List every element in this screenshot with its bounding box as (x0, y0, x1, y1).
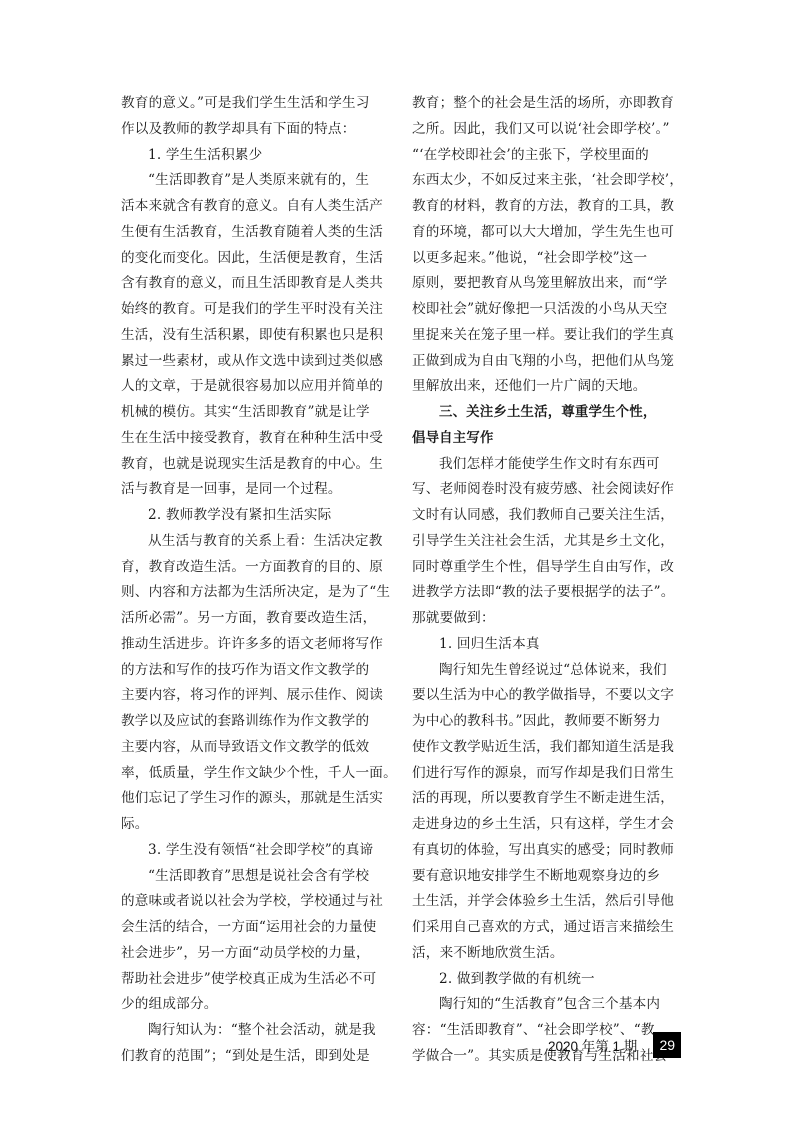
text-line: 帮助社会进步”使学校真正成为生活必不可 (121, 967, 399, 993)
text-line: 生活，没有生活积累，即使有积累也只是积 (121, 323, 399, 349)
text-line: 陶行知的“生活教育”包含三个基本内 (412, 992, 690, 1018)
text-line: 以更多起来。”他说，“社会即学校”这一 (412, 246, 690, 272)
text-line: 活本来就含有教育的意义。自有人类生活产 (121, 194, 399, 220)
text-line: 主要内容，将习作的评判、展示佳作、阅读 (121, 683, 399, 709)
text-line: 我们怎样才能使学生作文时有东西可 (412, 452, 690, 478)
text-line: 同时尊重学生个性，倡导学生自由写作，改 (412, 555, 690, 581)
text-line: 陶行知先生曾经说过“总体说来，我们 (412, 658, 690, 684)
text-line: 育，教育改造生活。一方面教育的目的、原 (121, 555, 399, 581)
text-line: 教育；整个的社会是生活的场所，亦即教育 (412, 91, 690, 117)
text-line: 进教学方法即“教的法子要根据学的法子”。 (412, 580, 690, 606)
section-heading-line: 倡导自主写作 (412, 426, 690, 452)
text-line: “‘在学校即社会’的主张下，学校里面的 (412, 143, 690, 169)
left-column: 教育的意义。”可是我们学生生活和学生习作以及教师的教学却具有下面的特点：1. 学… (121, 91, 399, 1070)
text-line: 作以及教师的教学却具有下面的特点： (121, 117, 399, 143)
page-footer: 2020 年第 1 期 29 (548, 1033, 681, 1057)
page-number-badge: 29 (653, 1032, 681, 1058)
text-line: 育的环境，都可以大大增加，学生先生也可 (412, 220, 690, 246)
text-line: 从生活与教育的关系上看：生活决定教 (121, 529, 399, 555)
text-line: 活，来不断地欣赏生活。 (412, 941, 690, 967)
text-line: 教育的材料，教育的方法，教育的工具，教 (412, 194, 690, 220)
text-line: 教育的意义。”可是我们学生生活和学生习 (121, 91, 399, 117)
text-line: 教学以及应试的套路训练作为作文教学的 (121, 709, 399, 735)
text-line: 少的组成部分。 (121, 992, 399, 1018)
text-line: 们采用自己喜欢的方式，通过语言来描绘生 (412, 915, 690, 941)
text-line: 那就要做到： (412, 606, 690, 632)
text-line: 引导学生关注社会生活，尤其是乡土文化， (412, 529, 690, 555)
text-line: 人的文章，于是就很容易加以应用并简单的 (121, 374, 399, 400)
text-line: 要有意识地安排学生不断地观察身边的乡 (412, 864, 690, 890)
text-line: 陶行知认为：“整个社会活动，就是我 (121, 1018, 399, 1044)
text-line: 教育，也就是说现实生活是教育的中心。生 (121, 452, 399, 478)
text-line: 机械的模仿。其实“生活即教育”就是让学 (121, 400, 399, 426)
text-line: “生活即教育”思想是说社会含有学校 (121, 864, 399, 890)
text-line: 含有教育的意义，而且生活即教育是人类共 (121, 271, 399, 297)
text-line: 3. 学生没有领悟“社会即学校”的真谛 (121, 838, 399, 864)
text-line: 原则，要把教育从鸟笼里解放出来，而“学 (412, 271, 690, 297)
text-line: 正做到成为自由飞翔的小鸟，把他们从鸟笼 (412, 349, 690, 375)
text-line: 有真切的体验，写出真实的感受；同时教师 (412, 838, 690, 864)
text-line: 活与教育是一回事，是同一个过程。 (121, 477, 399, 503)
text-line: 为中心的教科书。”因此，教师要不断努力 (412, 709, 690, 735)
text-line: 推动生活进步。许许多多的语文老师将写作 (121, 632, 399, 658)
text-line: 会生活的结合，一方面“运用社会的力量使 (121, 915, 399, 941)
text-line: 生在生活中接受教育，教育在种种生活中受 (121, 426, 399, 452)
text-line: 主要内容，从而导致语文作文教学的低效 (121, 735, 399, 761)
right-column: 教育；整个的社会是生活的场所，亦即教育之所。因此，我们又可以说‘社会即学校’。”… (412, 91, 690, 1070)
issue-label: 2020 年第 1 期 (548, 1035, 637, 1055)
text-line: 率，低质量，学生作文缺少个性，千人一面。 (121, 761, 399, 787)
text-line: 际。 (121, 812, 399, 838)
text-line: 的意味或者说以社会为学校，学校通过与社 (121, 889, 399, 915)
text-line: 之所。因此，我们又可以说‘社会即学校’。” (412, 117, 690, 143)
text-line: 活所必需”。另一方面，教育要改造生活， (121, 606, 399, 632)
text-line: 们教育的范围”；“到处是生活，即到处是 (121, 1044, 399, 1070)
text-line: 写、老师阅卷时没有疲劳感、社会阅读好作 (412, 477, 690, 503)
text-line: 使作文教学贴近生活，我们都知道生活是我 (412, 735, 690, 761)
text-line: 里捉来关在笼子里一样。要让我们的学生真 (412, 323, 690, 349)
text-line: 则、内容和方法都为生活所决定，是为了“生 (121, 580, 399, 606)
text-line: 走进身边的乡土生活，只有这样，学生才会 (412, 812, 690, 838)
text-line: 社会进步”，另一方面“动员学校的力量， (121, 941, 399, 967)
text-line: 始终的教育。可是我们的学生平时没有关注 (121, 297, 399, 323)
text-line: 土生活，并学会体验乡土生活，然后引导他 (412, 889, 690, 915)
text-line: 的变化而变化。因此，生活便是教育，生活 (121, 246, 399, 272)
section-heading-line: 三、关注乡土生活，尊重学生个性， (412, 400, 690, 426)
text-line: 东西太少，不如反过来主张，‘社会即学校’， (412, 168, 690, 194)
text-line: 活的再现，所以要教育学生不断走进生活， (412, 786, 690, 812)
text-line: 要以生活为中心的教学做指导，不要以文字 (412, 683, 690, 709)
text-line: 他们忘记了学生习作的源头，那就是生活实 (121, 786, 399, 812)
text-line: 累过一些素材，或从作文选中读到过类似感 (121, 349, 399, 375)
text-line: 校即社会”就好像把一只活泼的小鸟从天空 (412, 297, 690, 323)
text-line: 2. 教师教学没有紧扣生活实际 (121, 503, 399, 529)
text-line: 文时有认同感，我们教师自己要关注生活， (412, 503, 690, 529)
text-line: “生活即教育”是人类原来就有的，生 (121, 168, 399, 194)
journal-page: 教育的意义。”可是我们学生生活和学生习作以及教师的教学却具有下面的特点：1. 学… (0, 0, 793, 1122)
text-line: 1. 学生生活积累少 (121, 143, 399, 169)
text-line: 1. 回归生活本真 (412, 632, 690, 658)
text-line: 2. 做到教学做的有机统一 (412, 967, 690, 993)
text-line: 里解放出来，还他们一片广阔的天地。 (412, 374, 690, 400)
text-line: 们进行写作的源泉，而写作却是我们日常生 (412, 761, 690, 787)
text-line: 的方法和写作的技巧作为语文作文教学的 (121, 658, 399, 684)
text-line: 生便有生活教育，生活教育随着人类的生活 (121, 220, 399, 246)
